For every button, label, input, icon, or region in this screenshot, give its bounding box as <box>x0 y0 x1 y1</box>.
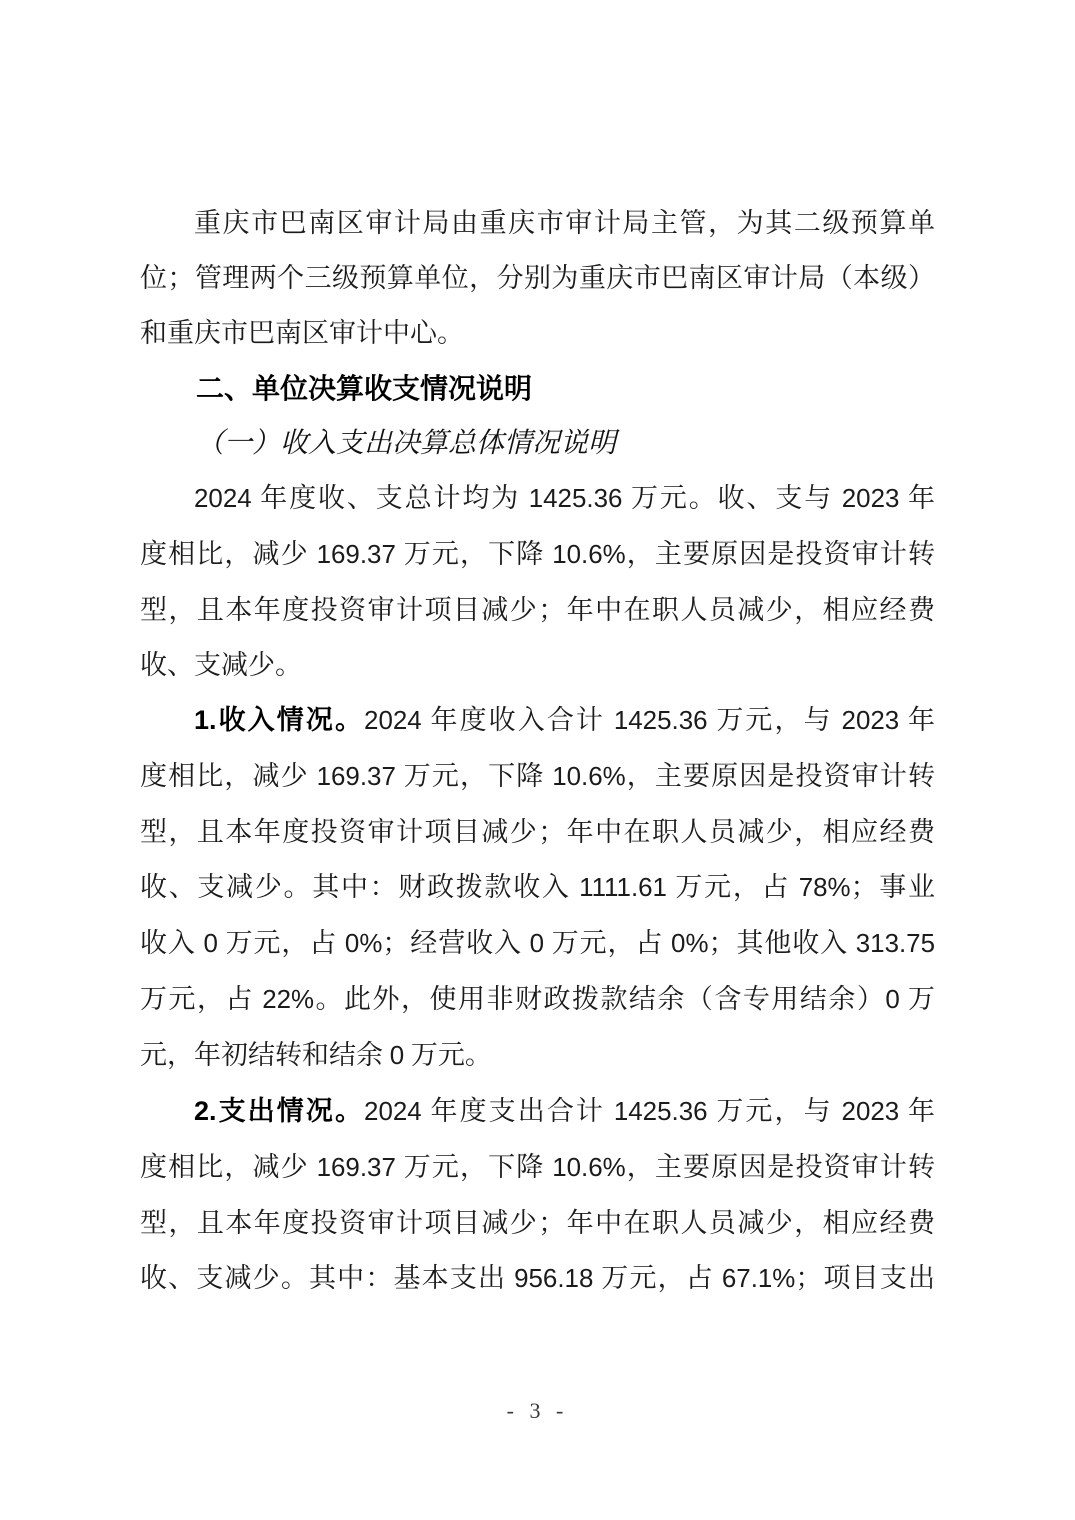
numeric-value: 0 <box>885 986 899 1014</box>
income-paragraph-line: 收、支减少。其中：财政拨款收入 1111.61 万元，占 78%；事业 <box>140 860 935 916</box>
numeric-value: 0 <box>390 1042 404 1070</box>
income-paragraph-line: 收入 0 万元，占 0%；经营收入 0 万元，占 0%；其他收入 313.75 <box>140 916 935 972</box>
numeric-value: 67.1% <box>722 1265 795 1293</box>
numeric-value: 2024 <box>364 707 422 735</box>
expenditure-paragraph-line: 收、支减少。其中：基本支出 956.18 万元，占 67.1%；项目支出 <box>140 1251 935 1307</box>
item-number-lead: 2.支出情况。 <box>194 1096 364 1126</box>
numeric-value: 169.37 <box>317 1154 396 1182</box>
numeric-value: 956.18 <box>514 1265 593 1293</box>
numeric-value: 10.6% <box>552 541 625 569</box>
numeric-value: 0% <box>345 930 382 958</box>
subsection-heading-line: （一）收入支出决算总体情况说明 <box>140 416 935 471</box>
numeric-value: 10.6% <box>552 763 625 791</box>
numeric-value: 78% <box>799 874 851 902</box>
numeric-value: 1111.61 <box>579 874 667 902</box>
intro-paragraph-line: 和重庆市巴南区审计中心。 <box>140 306 935 361</box>
intro-paragraph-line: 重庆市巴南区审计局由重庆市审计局主管，为其二级预算单 <box>140 196 935 251</box>
numeric-value: 1425.36 <box>614 1098 708 1126</box>
income-paragraph-line: 1.收入情况。2024 年度收入合计 1425.36 万元，与 2023 年 <box>140 693 935 749</box>
overview-paragraph-line: 度相比，减少 169.37 万元，下降 10.6%，主要原因是投资审计转 <box>140 527 935 583</box>
numeric-value: 169.37 <box>317 763 396 791</box>
numeric-value: 2024 <box>364 1098 422 1126</box>
numeric-value: 22% <box>262 986 314 1014</box>
numeric-value: 313.75 <box>856 930 935 958</box>
numeric-value: 2024 <box>194 485 252 513</box>
expenditure-paragraph-line: 2.支出情况。2024 年度支出合计 1425.36 万元，与 2023 年 <box>140 1084 935 1140</box>
page-number: - 3 - <box>0 1398 1075 1424</box>
income-paragraph-line: 度相比，减少 169.37 万元，下降 10.6%，主要原因是投资审计转 <box>140 749 935 805</box>
overview-paragraph-line: 2024 年度收、支总计均为 1425.36 万元。收、支与 2023 年 <box>140 471 935 527</box>
income-paragraph-line: 型，且本年度投资审计项目减少；年中在职人员减少，相应经费 <box>140 805 935 860</box>
numeric-value: 2023 <box>842 485 900 513</box>
numeric-value: 1425.36 <box>529 485 623 513</box>
expenditure-paragraph-line: 型，且本年度投资审计项目减少；年中在职人员减少，相应经费 <box>140 1196 935 1251</box>
numeric-value: 0 <box>530 930 544 958</box>
expenditure-paragraph-line: 度相比，减少 169.37 万元，下降 10.6%，主要原因是投资审计转 <box>140 1140 935 1196</box>
numeric-value: 10.6% <box>552 1154 625 1182</box>
numeric-value: 169.37 <box>317 541 396 569</box>
overview-paragraph-line: 收、支减少。 <box>140 638 935 693</box>
numeric-value: 2023 <box>842 1098 900 1126</box>
overview-paragraph-line: 型，且本年度投资审计项目减少；年中在职人员减少，相应经费 <box>140 583 935 638</box>
section-heading-line: 二、单位决算收支情况说明 <box>140 361 935 416</box>
income-paragraph-line: 万元，占 22%。此外，使用非财政拨款结余（含专用结余）0 万 <box>140 972 935 1028</box>
numeric-value: 1425.36 <box>614 707 708 735</box>
document-body: 重庆市巴南区审计局由重庆市审计局主管，为其二级预算单位；管理两个三级预算单位，分… <box>140 196 935 1307</box>
numeric-value: 0% <box>671 930 708 958</box>
intro-paragraph-line: 位；管理两个三级预算单位，分别为重庆市巴南区审计局（本级） <box>140 251 935 306</box>
item-number-lead: 1.收入情况。 <box>194 705 364 735</box>
numeric-value: 0 <box>204 930 218 958</box>
document-page: 重庆市巴南区审计局由重庆市审计局主管，为其二级预算单位；管理两个三级预算单位，分… <box>0 0 1075 1520</box>
numeric-value: 2023 <box>842 707 900 735</box>
income-paragraph-line: 元，年初结转和结余 0 万元。 <box>140 1028 935 1084</box>
